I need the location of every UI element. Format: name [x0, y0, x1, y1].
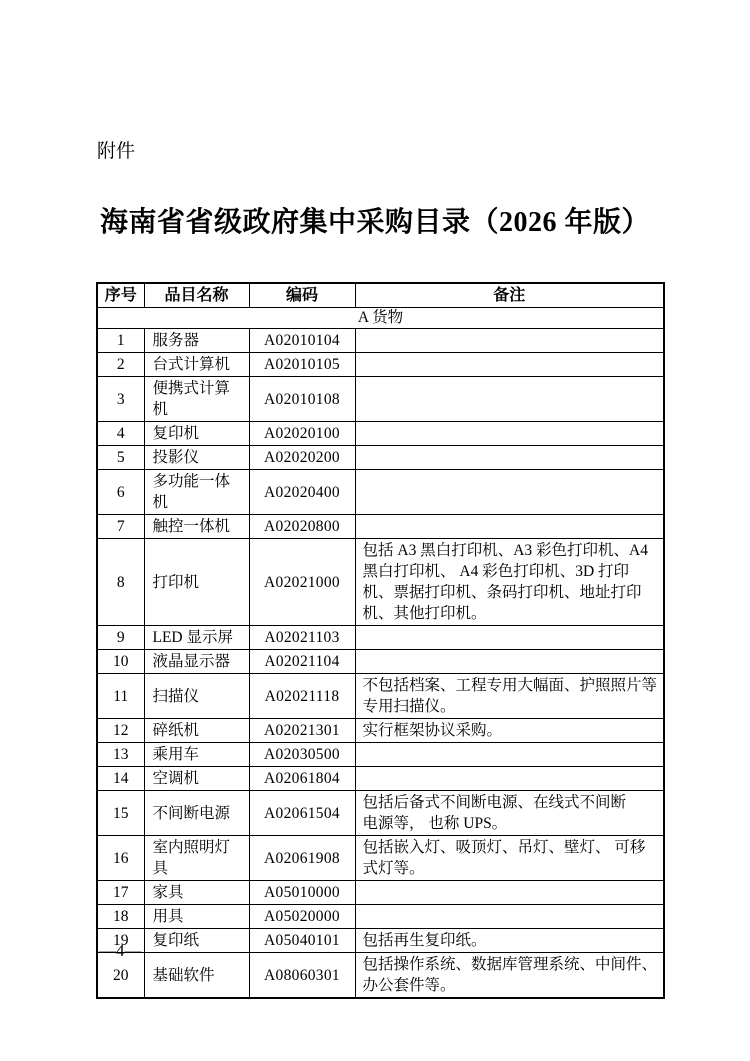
- table-row: 2 台式计算机 A02010105: [97, 353, 664, 377]
- table-row: 3 便携式计算机 A02010108: [97, 377, 664, 422]
- cell-note: 包括 A3 黑白打印机、A3 彩色打印机、A4 黑白打印机、 A4 彩色打印机、…: [355, 539, 664, 626]
- table-row: 4 复印机 A02020100: [97, 422, 664, 446]
- cell-name: 基础软件: [144, 953, 249, 999]
- cell-note: [355, 905, 664, 929]
- cell-code: A05040101: [249, 929, 355, 953]
- cell-note: [355, 329, 664, 353]
- cell-name: 台式计算机: [144, 353, 249, 377]
- cell-name: 扫描仪: [144, 674, 249, 719]
- cell-code: A02010104: [249, 329, 355, 353]
- cell-code: A02061908: [249, 836, 355, 881]
- cell-no: 2: [97, 353, 144, 377]
- cell-no: 5: [97, 446, 144, 470]
- cell-code: A02021000: [249, 539, 355, 626]
- cell-name: 空调机: [144, 767, 249, 791]
- cell-note: [355, 515, 664, 539]
- cell-name: 液晶显示器: [144, 650, 249, 674]
- cell-note: [355, 743, 664, 767]
- cell-code: A02021104: [249, 650, 355, 674]
- section-header-goods: A 货物: [97, 308, 664, 329]
- cell-name: 投影仪: [144, 446, 249, 470]
- cell-code: A05010000: [249, 881, 355, 905]
- cell-name: 打印机: [144, 539, 249, 626]
- cell-code: A02010108: [249, 377, 355, 422]
- cell-name: 家具: [144, 881, 249, 905]
- table-header-row: 序号 品目名称 编码 备注: [97, 283, 664, 308]
- table-row: 6 多功能一体机 A02020400: [97, 470, 664, 515]
- cell-code: A02020400: [249, 470, 355, 515]
- cell-no: 14: [97, 767, 144, 791]
- cell-code: A02020100: [249, 422, 355, 446]
- column-header-note: 备注: [355, 283, 664, 308]
- cell-name: 碎纸机: [144, 719, 249, 743]
- cell-note: 包括操作系统、数据库管理系统、中间件、办公套件等。: [355, 953, 664, 999]
- cell-note: [355, 353, 664, 377]
- table-row: 20 基础软件 A08060301 包括操作系统、数据库管理系统、中间件、办公套…: [97, 953, 664, 999]
- table-row: 18 用具 A05020000: [97, 905, 664, 929]
- cell-no: 7: [97, 515, 144, 539]
- table-row: 12 碎纸机 A02021301 实行框架协议采购。: [97, 719, 664, 743]
- cell-name: 服务器: [144, 329, 249, 353]
- cell-no: 9: [97, 626, 144, 650]
- cell-name: 不间断电源: [144, 791, 249, 836]
- cell-code: A05020000: [249, 905, 355, 929]
- cell-note: 包括再生复印纸。: [355, 929, 664, 953]
- table-head: 序号 品目名称 编码 备注 A 货物: [97, 283, 664, 329]
- cell-code: A02010105: [249, 353, 355, 377]
- cell-name: 室内照明灯具: [144, 836, 249, 881]
- cell-name: 复印机: [144, 422, 249, 446]
- procurement-catalog-table: 序号 品目名称 编码 备注 A 货物 1 服务器 A02010104 2 台式计…: [96, 282, 665, 999]
- cell-code: A02021118: [249, 674, 355, 719]
- cell-code: A02061804: [249, 767, 355, 791]
- cell-note: [355, 377, 664, 422]
- cell-name: 用具: [144, 905, 249, 929]
- cell-name: 乘用车: [144, 743, 249, 767]
- table-row: 16 室内照明灯具 A02061908 包括嵌入灯、吸顶灯、吊灯、壁灯、 可移式…: [97, 836, 664, 881]
- cell-note: 包括嵌入灯、吸顶灯、吊灯、壁灯、 可移式灯等。: [355, 836, 664, 881]
- cell-name: LED 显示屏: [144, 626, 249, 650]
- cell-note: [355, 470, 664, 515]
- cell-no: 1: [97, 329, 144, 353]
- attachment-label: 附件: [97, 140, 135, 164]
- cell-code: A02061504: [249, 791, 355, 836]
- cell-name: 多功能一体机: [144, 470, 249, 515]
- cell-code: A02020800: [249, 515, 355, 539]
- table-row: 19 复印纸 A05040101 包括再生复印纸。: [97, 929, 664, 953]
- cell-note: 不包括档案、工程专用大幅面、护照照片等专用扫描仪。: [355, 674, 664, 719]
- table-row: 15 不间断电源 A02061504 包括后备式不间断电源、在线式不间断 电源等…: [97, 791, 664, 836]
- cell-name: 便携式计算机: [144, 377, 249, 422]
- cell-no: 10: [97, 650, 144, 674]
- column-header-no: 序号: [97, 283, 144, 308]
- document-page: 附件 海南省省级政府集中采购目录（2026 年版） 序号 品目名称 编码 备注 …: [0, 0, 750, 1061]
- cell-code: A02021301: [249, 719, 355, 743]
- table-row: 5 投影仪 A02020200: [97, 446, 664, 470]
- table-body: 1 服务器 A02010104 2 台式计算机 A02010105 3 便携式计…: [97, 329, 664, 999]
- cell-code: A02021103: [249, 626, 355, 650]
- table-row: 11 扫描仪 A02021118 不包括档案、工程专用大幅面、护照照片等专用扫描…: [97, 674, 664, 719]
- cell-note: 实行框架协议采购。: [355, 719, 664, 743]
- cell-note: [355, 446, 664, 470]
- cell-code: A02030500: [249, 743, 355, 767]
- cell-note: [355, 650, 664, 674]
- cell-note: [355, 881, 664, 905]
- table-row: 9 LED 显示屏 A02021103: [97, 626, 664, 650]
- table-row: 1 服务器 A02010104: [97, 329, 664, 353]
- cell-note: [355, 767, 664, 791]
- table-row: 14 空调机 A02061804: [97, 767, 664, 791]
- section-header-row: A 货物: [97, 308, 664, 329]
- column-header-code: 编码: [249, 283, 355, 308]
- cell-no: 4: [97, 422, 144, 446]
- cell-note: 包括后备式不间断电源、在线式不间断 电源等， 也称 UPS。: [355, 791, 664, 836]
- cell-note: [355, 422, 664, 446]
- table-row: 13 乘用车 A02030500: [97, 743, 664, 767]
- column-header-name: 品目名称: [144, 283, 249, 308]
- cell-no: 13: [97, 743, 144, 767]
- cell-no: 16: [97, 836, 144, 881]
- cell-name: 触控一体机: [144, 515, 249, 539]
- cell-no: 11: [97, 674, 144, 719]
- cell-no: 15: [97, 791, 144, 836]
- page-number: —4—: [99, 941, 142, 961]
- cell-name: 复印纸: [144, 929, 249, 953]
- document-title: 海南省省级政府集中采购目录（2026 年版）: [0, 200, 750, 240]
- cell-no: 18: [97, 905, 144, 929]
- table-row: 7 触控一体机 A02020800: [97, 515, 664, 539]
- cell-no: 8: [97, 539, 144, 626]
- cell-no: 12: [97, 719, 144, 743]
- cell-note: [355, 626, 664, 650]
- cell-no: 3: [97, 377, 144, 422]
- table-row: 17 家具 A05010000: [97, 881, 664, 905]
- cell-no: 6: [97, 470, 144, 515]
- table-row: 10 液晶显示器 A02021104: [97, 650, 664, 674]
- cell-no: 17: [97, 881, 144, 905]
- cell-code: A08060301: [249, 953, 355, 999]
- cell-code: A02020200: [249, 446, 355, 470]
- table-row: 8 打印机 A02021000 包括 A3 黑白打印机、A3 彩色打印机、A4 …: [97, 539, 664, 626]
